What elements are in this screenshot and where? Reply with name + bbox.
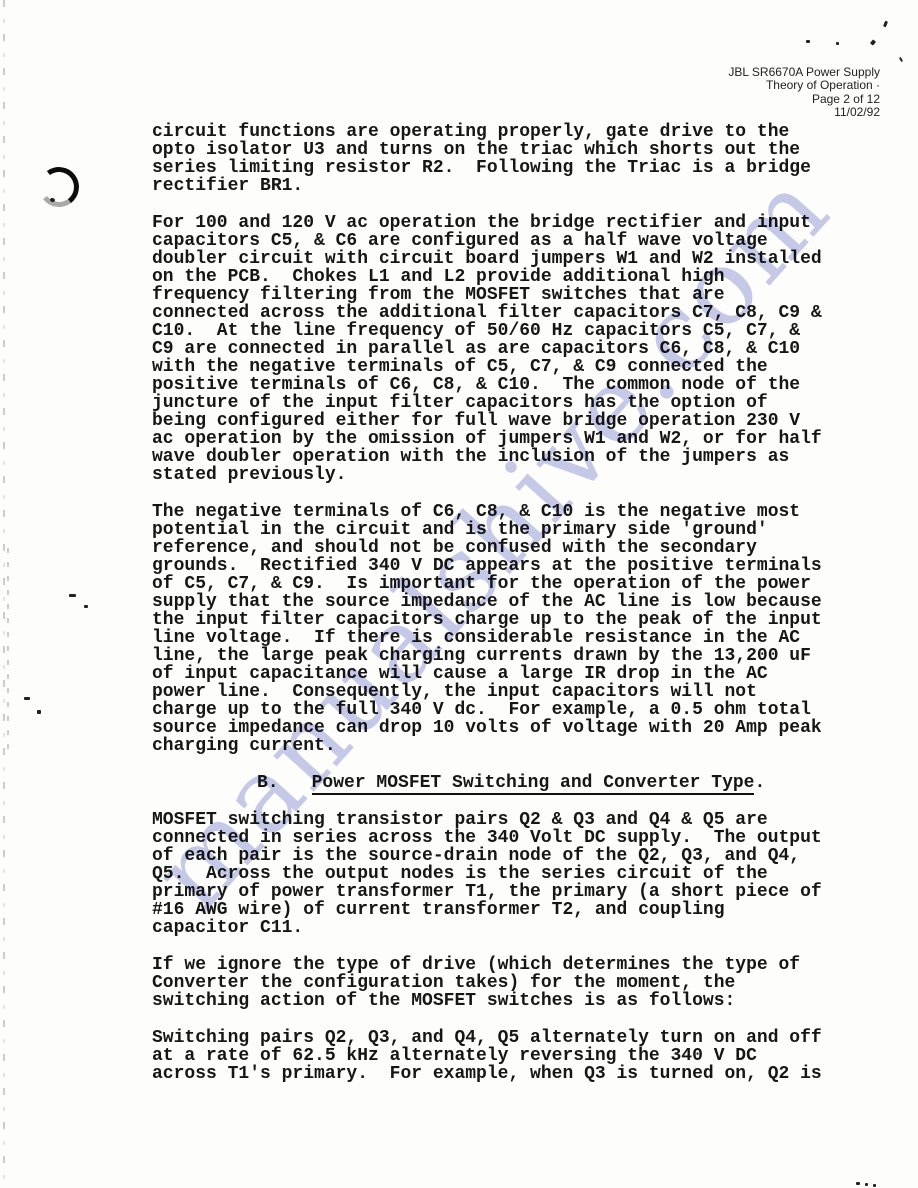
- section-title-period: .: [754, 773, 765, 793]
- header-product-line: JBL SR6670A Power Supply: [728, 66, 880, 79]
- scan-edge-artifact: [7, 548, 9, 758]
- scan-speck: [856, 1182, 860, 1185]
- section-heading-b: B.Power MOSFET Switching and Converter T…: [152, 774, 842, 792]
- paragraph-mosfet-pairs: MOSFET switching transistor pairs Q2 & Q…: [152, 811, 842, 937]
- scan-speck: [806, 40, 810, 43]
- section-label: B.: [152, 773, 279, 793]
- scan-speck: [24, 697, 30, 700]
- scan-speck: [865, 1183, 868, 1186]
- header-page-number: Page 2 of 12: [728, 93, 880, 106]
- hole-punch-ink-ring: [36, 164, 81, 209]
- paragraph-input-configuration: For 100 and 120 V ac operation the bridg…: [152, 214, 842, 484]
- scan-edge-artifact: [3, 0, 5, 1188]
- scan-speck: [37, 710, 41, 714]
- scan-speck: [870, 39, 876, 45]
- scanned-document-page: JBL SR6670A Power Supply Theory of Opera…: [0, 0, 918, 1188]
- document-body: circuit functions are operating properly…: [152, 123, 842, 1102]
- paragraph-switching-rate: Switching pairs Q2, Q3, and Q4, Q5 alter…: [152, 1029, 842, 1083]
- paragraph-circuit-functions: circuit functions are operating properly…: [152, 123, 842, 195]
- scan-speck: [84, 605, 88, 608]
- scan-speck: [836, 42, 839, 45]
- header-doc-title: Theory of Operation ·: [728, 79, 880, 92]
- section-title: Power MOSFET Switching and Converter Typ…: [312, 773, 755, 795]
- scan-speck: [873, 1184, 876, 1187]
- scan-speck: [899, 57, 903, 62]
- paragraph-negative-terminals: The negative terminals of C6, C8, & C10 …: [152, 503, 842, 755]
- scan-speck: [883, 21, 888, 28]
- document-header: JBL SR6670A Power Supply Theory of Opera…: [728, 66, 880, 120]
- paragraph-ignore-drive: If we ignore the type of drive (which de…: [152, 956, 842, 1010]
- header-date: 11/02/92: [728, 106, 880, 119]
- scan-speck: [69, 594, 76, 597]
